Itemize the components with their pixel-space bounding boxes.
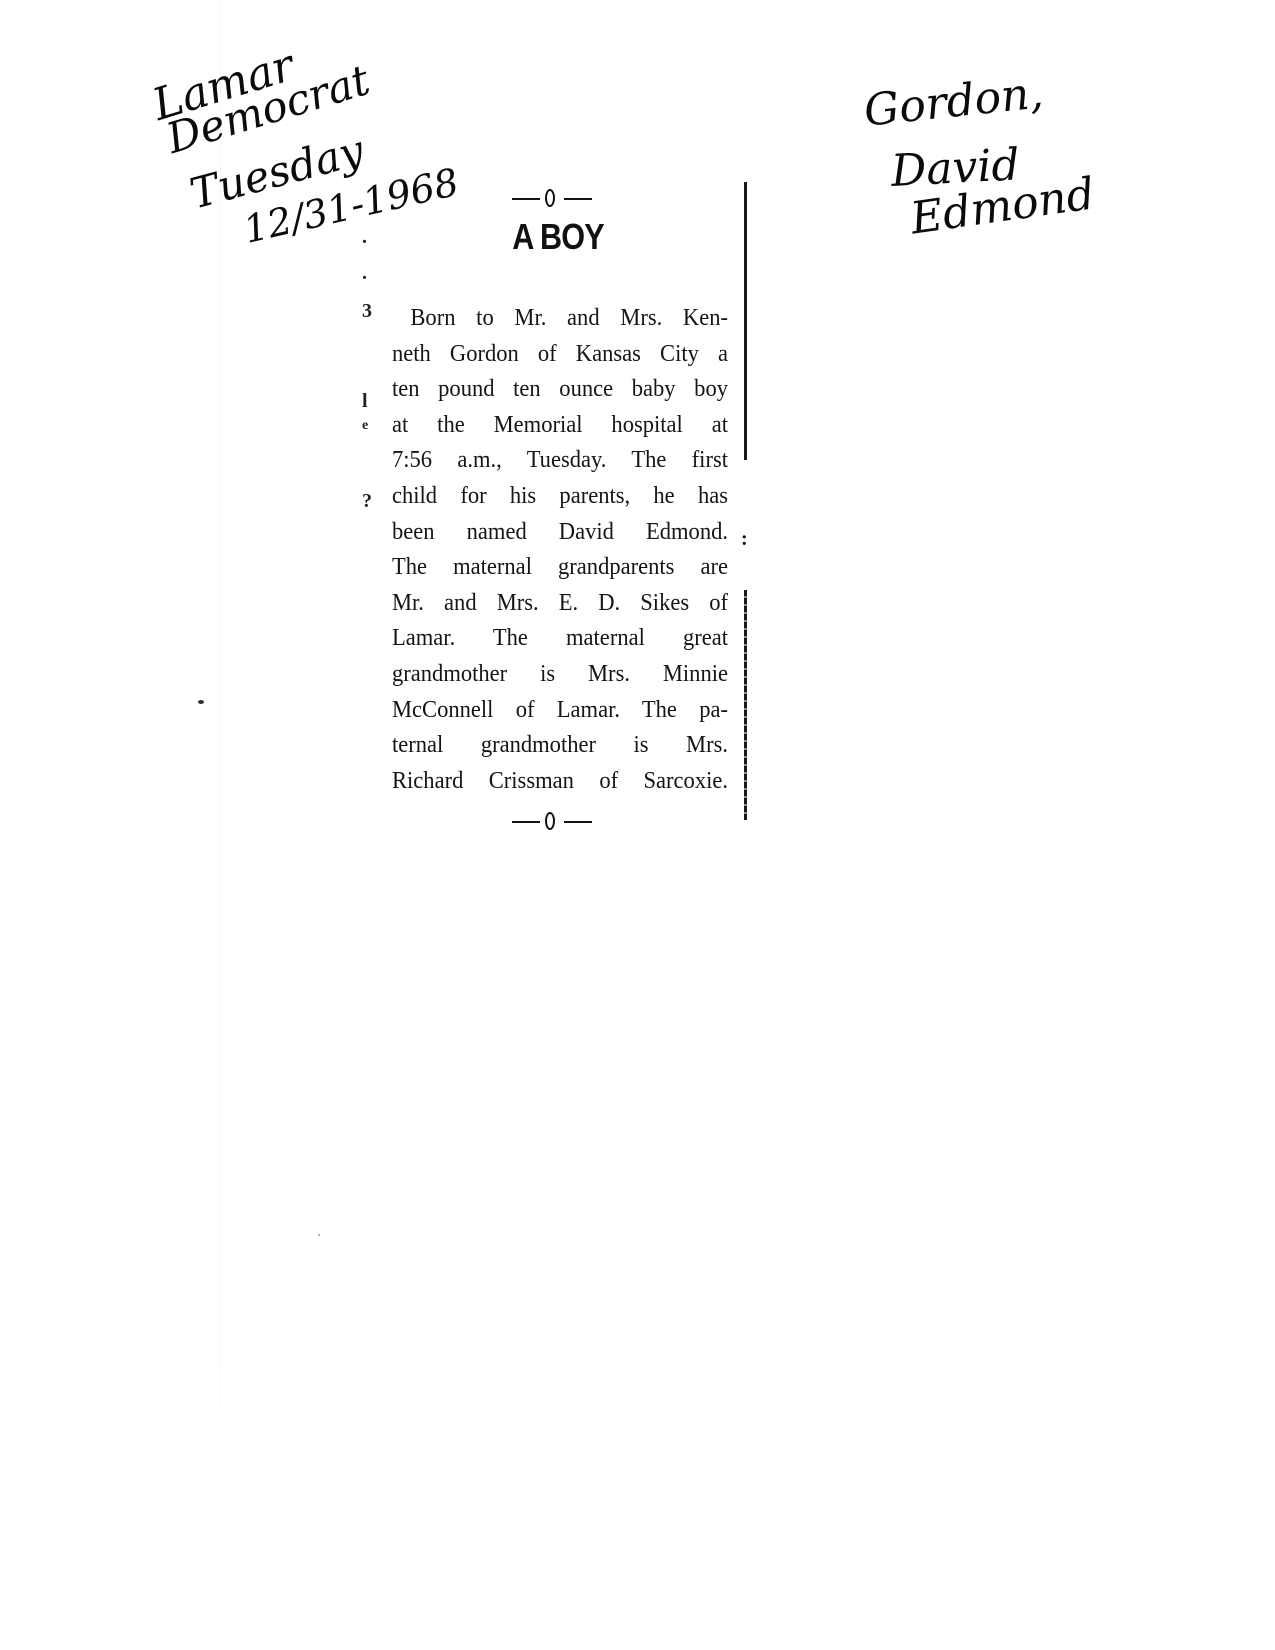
body-line: McConnell of Lamar. The pa- bbox=[392, 692, 728, 728]
divider-ornament-bottom bbox=[512, 810, 592, 834]
body-line: at the Memorial hospital at bbox=[392, 407, 728, 443]
column-rule-dotted bbox=[744, 590, 747, 820]
fragment: l bbox=[362, 390, 368, 413]
clipping-headline: A BOY bbox=[405, 216, 711, 258]
body-line: grandmother is Mrs. Minnie bbox=[392, 656, 728, 692]
body-line: The maternal grandparents are bbox=[392, 549, 728, 585]
body-line: neth Gordon of Kansas City a bbox=[392, 336, 728, 372]
body-line: 7:56 a.m., Tuesday. The first bbox=[392, 442, 728, 478]
body-line: Mr. and Mrs. E. D. Sikes of bbox=[392, 585, 728, 621]
fragment: . bbox=[362, 262, 367, 285]
fragment: . bbox=[362, 226, 367, 249]
body-line: child for his parents, he has bbox=[392, 478, 728, 514]
clipping-body: Born to Mr. and Mrs. Ken- neth Gordon of… bbox=[392, 300, 728, 798]
handwritten-line: Gordon, bbox=[862, 71, 1045, 134]
rule-mark: : bbox=[741, 528, 748, 551]
body-line: Lamar. The maternal great bbox=[392, 620, 728, 656]
body-line: Born to Mr. and Mrs. Ken- bbox=[392, 300, 728, 336]
column-rule bbox=[744, 182, 747, 460]
body-line: ten pound ten ounce baby boy bbox=[392, 371, 728, 407]
scan-speck bbox=[318, 1234, 320, 1236]
body-line: ternal grandmother is Mrs. bbox=[392, 727, 728, 763]
scan-speck bbox=[198, 700, 204, 704]
fragment: 3 bbox=[362, 300, 372, 323]
fragment: ? bbox=[362, 490, 372, 513]
body-line: Richard Crissman of Sarcoxie. bbox=[392, 763, 728, 799]
scan-edge bbox=[220, 0, 221, 1650]
fragment: e bbox=[362, 418, 368, 434]
divider-ornament-top bbox=[512, 187, 592, 211]
body-line: been named David Edmond. bbox=[392, 514, 728, 550]
